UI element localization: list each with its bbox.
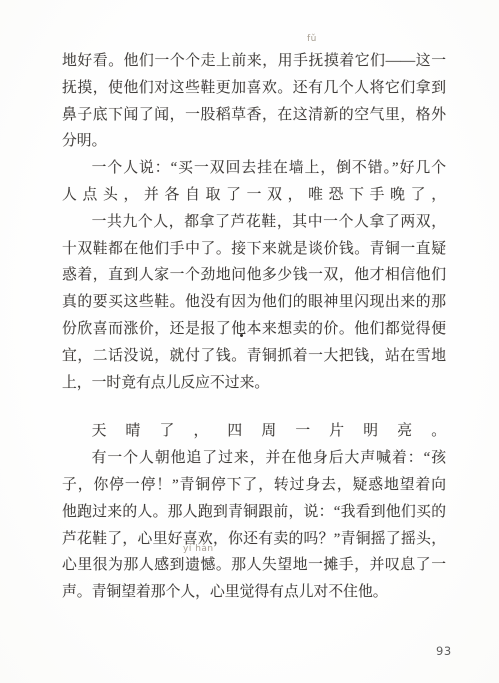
text-line: 分明。 — [62, 128, 446, 155]
text-line: 十双鞋都在他们手中了。接下来就是谈价钱。青铜一直疑 — [62, 236, 446, 263]
text-line: 真的要买这些鞋。他没有因为他们的眼神里闪现出来的那 — [62, 289, 446, 316]
pinyin-annotation-yihan: yí hàn — [183, 545, 214, 554]
text-line: 抚摸，使他们对这些鞋更加喜欢。还有几个人将它们拿到 — [62, 75, 446, 102]
text-line: 鼻子底下闻了闻，一股稻草香，在这清新的空气里，格外 — [62, 102, 446, 129]
text-line: 有一个人朝他追了过来，并在他身后大声喊着：“孩 — [62, 445, 446, 472]
text-line: 人点头，并各自取了一双，唯恐下手晚了，被别人拿了去。 — [62, 182, 446, 209]
text-line: 芦花鞋了，心里好喜欢，你还有卖的吗？”青铜摇了摇头， — [62, 526, 446, 553]
pinyin-annotation-fu: fǔ — [307, 35, 317, 44]
text-line: 子，你停一停！”青铜停下了，转过身去，疑惑地望着向 — [62, 472, 446, 499]
text-block: 地好看。他们一个个走上前来，用手抚摸着它们——这一 抚摸，使他们对这些鞋更加喜欢… — [62, 48, 446, 606]
ink-speck — [240, 334, 243, 337]
text-line: 一个人说：“买一双回去挂在墙上，倒不错。”好几个 — [62, 155, 446, 182]
text-line: 份欣喜而涨价，还是报了他本来想卖的价。他们都觉得便 — [62, 316, 446, 343]
text-line: 天晴了，四周一片明亮。青铜沿着来时的路往回走着。 — [62, 418, 446, 445]
text-line: 惑着，直到人家一个劲地问他多少钱一双，他才相信他们 — [62, 262, 446, 289]
text-line: 地好看。他们一个个走上前来，用手抚摸着它们——这一 — [62, 48, 446, 75]
text-line: 声。青铜望着那个人，心里觉得有点儿对不住他。 — [62, 579, 446, 606]
text-line: 他跑过来的人。那人跑到青铜跟前，说：“我看到他们买的 — [62, 499, 446, 526]
text-line: 宜，二话没说，就付了钱。青铜抓着一大把钱，站在雪地 — [62, 343, 446, 370]
text-line: 上，一时竟有点儿反应不过来。 — [62, 370, 446, 397]
text-line: 一共九个人，都拿了芦花鞋，其中一个人拿了两双， — [62, 209, 446, 236]
text-line: 心里很为那人感到遗憾。那人失望地一摊手，并叹息了一 — [62, 552, 446, 579]
blank-line — [62, 396, 446, 418]
book-page: 地好看。他们一个个走上前来，用手抚摸着它们——这一 抚摸，使他们对这些鞋更加喜欢… — [0, 0, 499, 683]
page-number: 93 — [436, 644, 452, 658]
